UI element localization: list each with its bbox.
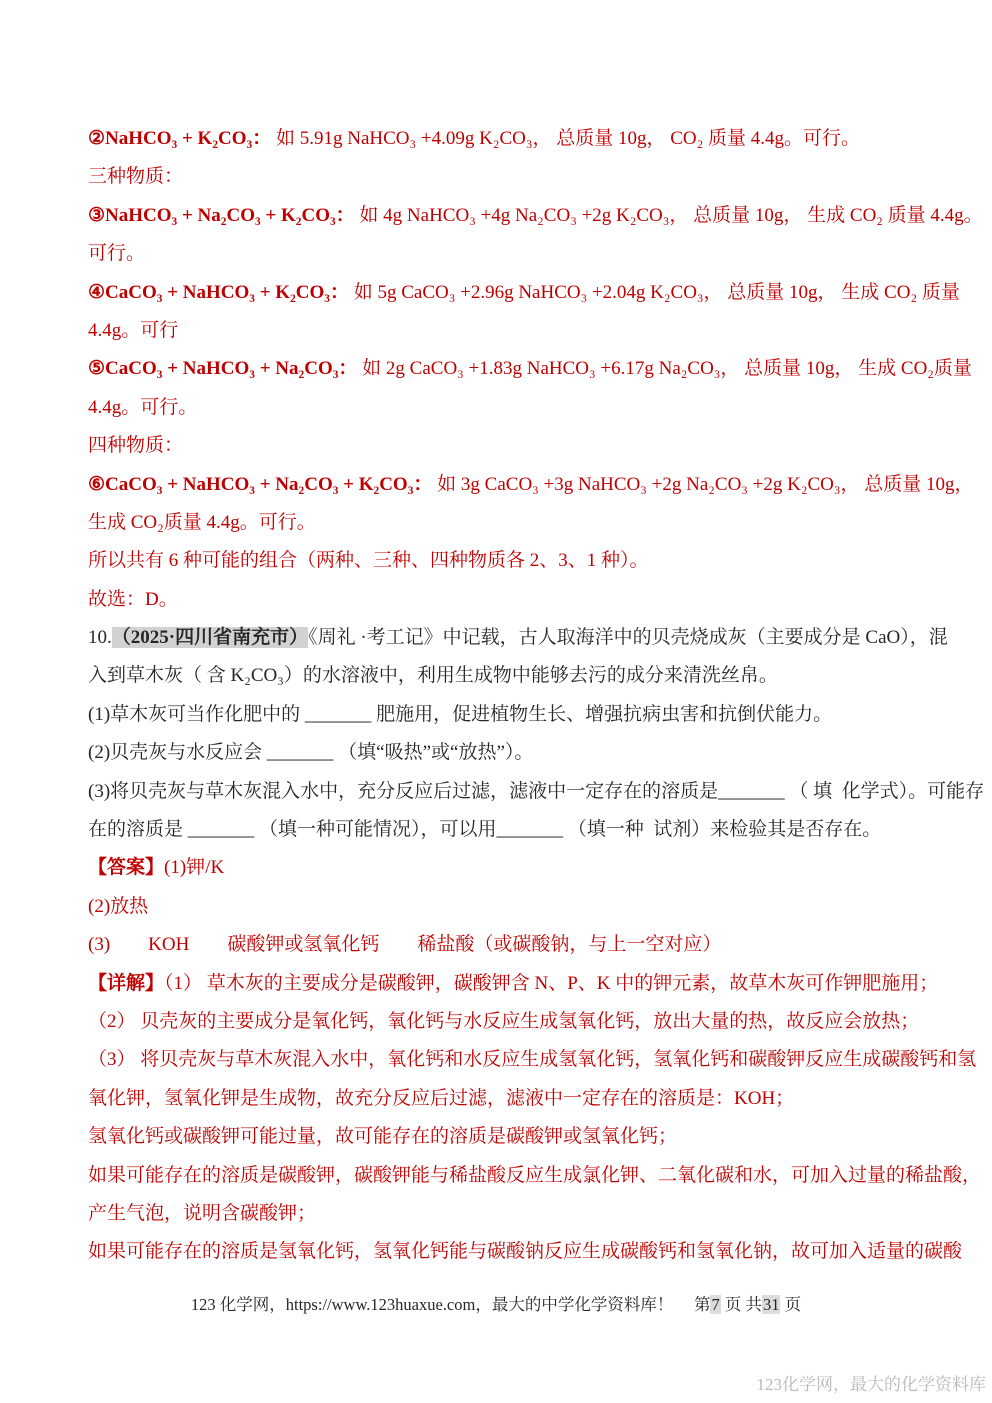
- document-page: { "colors": { "accent_red": "#c00000", "…: [0, 0, 992, 1403]
- explanation-line: （3） 将贝壳灰与草木灰混入水中，氧化钙和水反应生成氢氧化钙，氢氧化钙和碳酸钾反…: [88, 1041, 908, 1079]
- explanation-line: 如果可能存在的溶质是氢氧化钙，氢氧化钙能与碳酸钠反应生成碳酸钙和氢氧化钠，故可加…: [88, 1233, 908, 1271]
- analysis-summary-line: 所以共有 6 种可能的组合（两种、三种、四种物质各 2、3、1 种）。: [88, 542, 908, 580]
- footer-page-mid: 页 共: [721, 1295, 762, 1314]
- text-segment: 如 3g CaCO₃ +3g NaHCO₃ +2g Na₂CO₃ +2g K₂C…: [432, 474, 973, 495]
- text-segment: (2)贝壳灰与水反应会 _______ （填“吸热”或“放热”）。: [88, 742, 533, 763]
- explanation-line: 产生气泡，说明含碳酸钾；: [88, 1195, 908, 1233]
- combo-head: ③NaHCO₃ + Na₂CO₃ + K₂CO₃：: [88, 205, 355, 226]
- text-segment: 氧化钾，氢氧化钾是生成物，故充分反应后过滤，滤液中一定存在的溶质是：KOH；: [88, 1088, 794, 1109]
- page-footer: 123 化学网，https://www.123huaxue.com，最大的中学化…: [0, 1293, 992, 1317]
- analysis-line: 三种物质：: [88, 158, 908, 196]
- analysis-line: ②NaHCO₃ + K₂CO₃： 如 5.91g NaHCO₃ +4.09g K…: [88, 120, 908, 158]
- question-part-line: 在的溶质是 _______ （填一种可能情况），可以用_______ （填一种 …: [88, 811, 908, 849]
- text-segment: 如果可能存在的溶质是氢氧化钙，氢氧化钙能与碳酸钠反应生成碳酸钙和氢氧化钠，故可加…: [88, 1241, 962, 1262]
- text-segment: 入到草木灰（ 含 K₂CO₃）的水溶液中，利用生成物中能够去污的成分来清洗丝帛。: [88, 665, 778, 686]
- text-segment: 生成 CO₂质量 4.4g。可行。: [88, 512, 316, 533]
- question-number: 10.: [88, 627, 112, 648]
- explanation-line: 氢氧化钙或碳酸钾可能过量，故可能存在的溶质是碳酸钾或氢氧化钙；: [88, 1118, 908, 1156]
- combo-head: ⑥CaCO₃ + NaHCO₃ + Na₂CO₃ + K₂CO₃：: [88, 474, 432, 495]
- question-line: 10.（2025·四川省南充市）《周礼 ·考工记》中记载，古人取海洋中的贝壳烧成…: [88, 619, 908, 657]
- question-line: 入到草木灰（ 含 K₂CO₃）的水溶液中，利用生成物中能够去污的成分来清洗丝帛。: [88, 657, 908, 695]
- text-segment: 《周礼 ·考工记》中记载，古人取海洋中的贝壳烧成灰（主要成分是 CaO），混: [308, 627, 948, 648]
- answer-line: (2)放热: [88, 888, 908, 926]
- combo-head: ⑤CaCO₃ + NaHCO₃ + Na₂CO₃：: [88, 358, 357, 379]
- explanation-line: （2） 贝壳灰的主要成分是氧化钙，氧化钙与水反应生成氢氧化钙，放出大量的热，故反…: [88, 1003, 908, 1041]
- text-segment: 如 5.91g NaHCO₃ +4.09g K₂CO₃， 总质量 10g， CO…: [271, 128, 860, 149]
- text-segment: 所以共有 6 种可能的组合（两种、三种、四种物质各 2、3、1 种）。: [88, 550, 649, 571]
- text-segment: 如果可能存在的溶质是碳酸钾，碳酸钾能与稀盐酸反应生成氯化钾、二氧化碳和水，可加入…: [88, 1165, 981, 1186]
- text-segment: 如 5g CaCO₃ +2.96g NaHCO₃ +2.04g K₂CO₃， 总…: [349, 282, 960, 303]
- source-highlight: （2025·四川省南充市）: [112, 627, 308, 648]
- analysis-line: 四种物质：: [88, 427, 908, 465]
- question-part-line: (1)草木灰可当作化肥中的 _______ 肥施用，促进植物生长、增强抗病虫害和…: [88, 696, 908, 734]
- combo-head: ②NaHCO₃ + K₂CO₃：: [88, 128, 271, 149]
- question-part-line: (3)将贝壳灰与草木灰混入水中，充分反应后过滤，滤液中一定存在的溶质是_____…: [88, 773, 908, 811]
- text-segment: 氢氧化钙或碳酸钾可能过量，故可能存在的溶质是碳酸钾或氢氧化钙；: [88, 1126, 677, 1147]
- analysis-line: 4.4g。可行: [88, 312, 908, 350]
- explanation-label: 【详解】: [88, 973, 164, 994]
- explanation-line: 氧化钾，氢氧化钾是生成物，故充分反应后过滤，滤液中一定存在的溶质是：KOH；: [88, 1080, 908, 1118]
- analysis-line: 生成 CO₂质量 4.4g。可行。: [88, 504, 908, 542]
- text-segment: 如 4g NaHCO₃ +4g Na₂CO₃ +2g K₂CO₃， 总质量 10…: [355, 205, 983, 226]
- analysis-line: 可行。: [88, 235, 908, 273]
- explanation-line: 【详解】（1） 草木灰的主要成分是碳酸钾，碳酸钾含 N、P、K 中的钾元素，故草…: [88, 965, 908, 1003]
- analysis-line: 4.4g。可行。: [88, 389, 908, 427]
- analysis-line: ④CaCO₃ + NaHCO₃ + K₂CO₃： 如 5g CaCO₃ +2.9…: [88, 274, 908, 312]
- answer-choice-line: 故选：D。: [88, 581, 908, 619]
- analysis-line: ⑥CaCO₃ + NaHCO₃ + Na₂CO₃ + K₂CO₃： 如 3g C…: [88, 466, 908, 504]
- text-segment: (3)将贝壳灰与草木灰混入水中，充分反应后过滤，滤液中一定存在的溶质是_____…: [88, 781, 984, 802]
- total-pages: 31: [762, 1295, 781, 1314]
- text-segment: (2)放热: [88, 896, 148, 917]
- text-segment: (1)草木灰可当作化肥中的 _______ 肥施用，促进植物生长、增强抗病虫害和…: [88, 704, 832, 725]
- answer-label: 【答案】: [88, 857, 164, 878]
- text-segment: 在的溶质是 _______ （填一种可能情况），可以用_______ （填一种 …: [88, 819, 881, 840]
- text-segment: 四种物质：: [88, 435, 183, 456]
- page-content: ②NaHCO₃ + K₂CO₃： 如 5.91g NaHCO₃ +4.09g K…: [88, 120, 908, 1272]
- question-part-line: (2)贝壳灰与水反应会 _______ （填“吸热”或“放热”）。: [88, 734, 908, 772]
- text-segment: 故选：D。: [88, 589, 178, 610]
- text-segment: 4.4g。可行。: [88, 397, 197, 418]
- text-segment: 4.4g。可行: [88, 320, 178, 341]
- text-segment: 产生气泡，说明含碳酸钾；: [88, 1203, 316, 1224]
- answer-line: 【答案】(1)钾/K: [88, 849, 908, 887]
- footer-page-prefix: 第: [694, 1295, 711, 1314]
- analysis-line: ③NaHCO₃ + Na₂CO₃ + K₂CO₃： 如 4g NaHCO₃ +4…: [88, 197, 908, 235]
- text-segment: （2） 贝壳灰的主要成分是氧化钙，氧化钙与水反应生成氢氧化钙，放出大量的热，故反…: [88, 1011, 919, 1032]
- text-segment: 如 2g CaCO₃ +1.83g NaHCO₃ +6.17g Na₂CO₃， …: [357, 358, 972, 379]
- analysis-line: ⑤CaCO₃ + NaHCO₃ + Na₂CO₃： 如 2g CaCO₃ +1.…: [88, 350, 908, 388]
- text-segment: (1)钾/K: [164, 857, 224, 878]
- footer-site-text: 123 化学网，https://www.123huaxue.com，最大的中学化…: [191, 1295, 694, 1314]
- combo-head: ④CaCO₃ + NaHCO₃ + K₂CO₃：: [88, 282, 349, 303]
- text-segment: （1） 草木灰的主要成分是碳酸钾，碳酸钾含 N、P、K 中的钾元素，故草木灰可作…: [164, 973, 938, 994]
- page-number: 7: [710, 1295, 720, 1314]
- footer-page-suffix: 页: [780, 1295, 801, 1314]
- text-segment: （3） 将贝壳灰与草木灰混入水中，氧化钙和水反应生成氢氧化钙，氢氧化钙和碳酸钾反…: [88, 1049, 976, 1070]
- text-segment: 可行。: [88, 243, 145, 264]
- explanation-line: 如果可能存在的溶质是碳酸钾，碳酸钾能与稀盐酸反应生成氯化钾、二氧化碳和水，可加入…: [88, 1157, 908, 1195]
- answer-line: (3) KOH 碳酸钾或氢氧化钙 稀盐酸（或碳酸钠，与上一空对应）: [88, 926, 908, 964]
- text-segment: 三种物质：: [88, 166, 183, 187]
- text-segment: (3) KOH 碳酸钾或氢氧化钙 稀盐酸（或碳酸钠，与上一空对应）: [88, 934, 721, 955]
- watermark: 123化学网，最大的化学资料库: [757, 1370, 987, 1395]
